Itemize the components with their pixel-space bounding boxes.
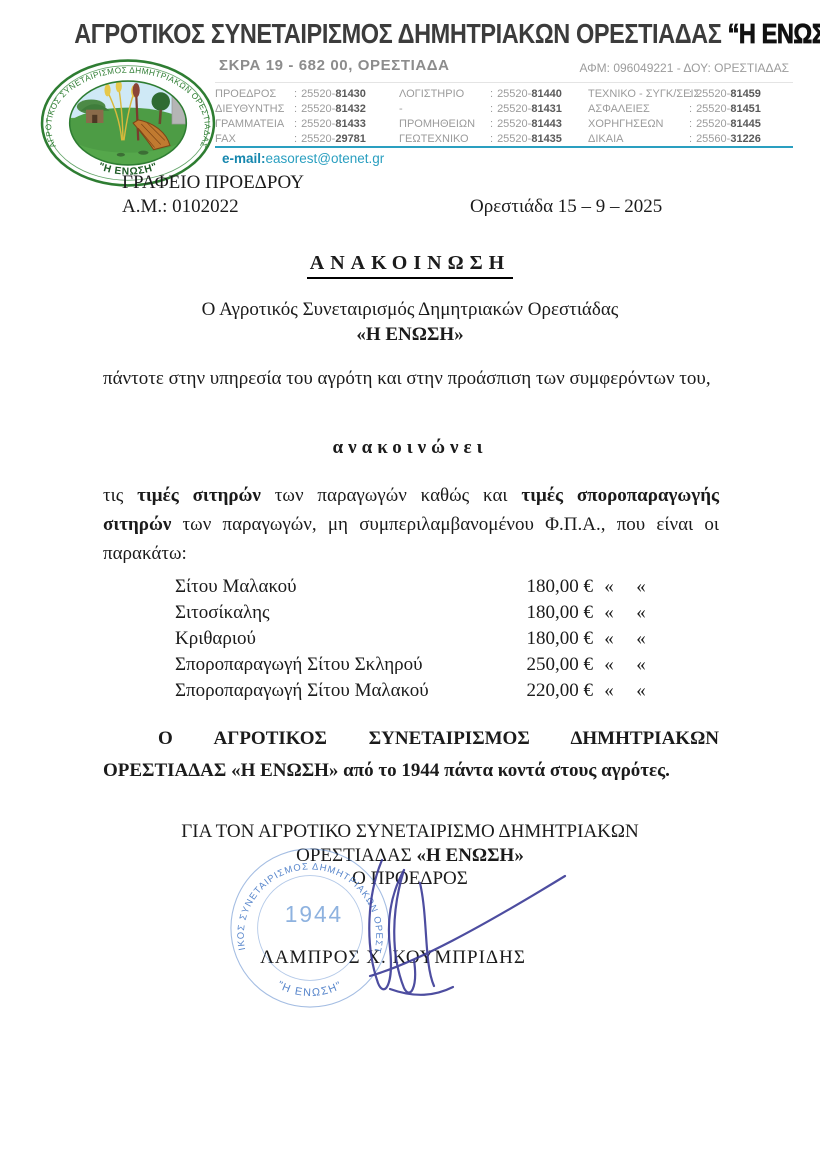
contact-table: ΠΡΟΕΔΡΟΣ:25520-81430 ΔΙΕΥΘΥΝΤΗΣ:25520-81…	[215, 87, 795, 147]
email-label: e-mail:	[222, 151, 266, 166]
price-row: Σποροπαραγωγή Σίτου Σκληρού250,00 €««	[103, 652, 719, 678]
org-title-text: ΑΓΡΟΤΙΚΟΣ ΣΥΝΕΤΑΙΡΙΣΜΟΣ ΔΗΜΗΤΡΙΑΚΩΝ ΟΡΕΣ…	[74, 18, 727, 49]
bold-grain-prices: τιμές σιτηρών	[137, 485, 261, 506]
paragraph-3: Ο ΑΓΡΟΤΙΚΟΣ ΣΥΝΕΤΑΙΡΙΣΜΟΣ ΔΗΜΗΤΡΙΑΚΩΝ ΟΡ…	[103, 723, 719, 787]
contact-column-2: ΛΟΓΙΣΤΗΡΙΟ:25520-81440 -:25520-81431 ΠΡΟ…	[399, 87, 588, 147]
contact-row: -:25520-81431	[399, 102, 588, 117]
paragraph-2: τις τιμές σιτηρών των παραγωγών καθώς κα…	[103, 481, 719, 568]
email-line: e-mail:easorest@otenet.gr	[222, 151, 384, 166]
closing-line-1: ΓΙΑ ΤΟΝ ΑΓΡΟΤΙΚΟ ΣΥΝΕΤΑΙΡΙΣΜΟ ΔΗΜΗΤΡΙΑΚΩ…	[0, 820, 820, 844]
accent-divider	[215, 146, 793, 148]
email-address: easorest@otenet.gr	[266, 151, 385, 166]
registry-number: Α.Μ.: 0102022	[122, 196, 239, 218]
contact-row: ΠΡΟΕΔΡΟΣ:25520-81430	[215, 87, 399, 102]
contact-row: ΠΡΟΜΗΘΕΙΩΝ:25520-81443	[399, 117, 588, 132]
contact-row: ΧΟΡΗΓΗΣΕΩΝ:25520-81445	[588, 117, 795, 132]
contact-row: ΔΙΕΥΘΥΝΤΗΣ:25520-81432	[215, 102, 399, 117]
contact-column-1: ΠΡΟΕΔΡΟΣ:25520-81430 ΔΙΕΥΘΥΝΤΗΣ:25520-81…	[215, 87, 399, 147]
scanned-letter: ΑΓΡΟΤΙΚΟΣ ΣΥΝΕΤΑΙΡΙΣΜΟΣ ΔΗΜΗΤΡΙΑΚΩΝ ΟΡΕΣ…	[0, 0, 820, 1160]
coop-logo: ΑΓΡΟΤΙΚΟΣ ΣΥΝΕΤΑΙΡΙΣΜΟΣ ΔΗΜΗΤΡΙΑΚΩΝ ΟΡΕΣ…	[40, 58, 216, 188]
price-row: Σποροπαραγωγή Σίτου Μαλακού220,00 €««	[103, 678, 719, 704]
intro-line-2: «Η ΕΝΩΣΗ»	[0, 324, 820, 346]
contact-row: ΛΟΓΙΣΤΗΡΙΟ:25520-81440	[399, 87, 588, 102]
contact-row: FAX:25520-29781	[215, 132, 399, 147]
org-title-emphasis: “Η ΕΝΩΣΗ”	[728, 18, 820, 49]
contact-row: ΑΣΦΑΛΕΙΕΣ:25520-81451	[588, 102, 795, 117]
announcement-heading: ΑΝΑΚΟΙΝΩΣΗ	[0, 252, 820, 279]
org-title: ΑΓΡΟΤΙΚΟΣ ΣΥΝΕΤΑΙΡΙΣΜΟΣ ΔΗΜΗΤΡΙΑΚΩΝ ΟΡΕΣ…	[0, 18, 820, 50]
contact-row: ΤΕΧΝΙΚΟ - ΣΥΓΚ/ΣΕΙΣ:25520-81459	[588, 87, 795, 102]
price-row: Σιτοσίκαλης180,00 €««	[103, 600, 719, 626]
date-line: Ορεστιάδα 15 – 9 – 2025	[470, 196, 662, 218]
signature-ink	[320, 848, 570, 1003]
intro-line-1: Ο Αγροτικός Συνεταιρισμός Δημητριακών Ορ…	[0, 299, 820, 321]
header-divider	[215, 82, 793, 83]
office-line: ΓΡΑΦΕΙΟ ΠΡΟΕΔΡΟΥ	[122, 172, 304, 194]
handwritten-signature	[320, 848, 570, 1003]
contact-column-3: ΤΕΧΝΙΚΟ - ΣΥΓΚ/ΣΕΙΣ:25520-81459 ΑΣΦΑΛΕΙΕ…	[588, 87, 795, 147]
coop-logo-emblem: ΑΓΡΟΤΙΚΟΣ ΣΥΝΕΤΑΙΡΙΣΜΟΣ ΔΗΜΗΤΡΙΑΚΩΝ ΟΡΕΣ…	[40, 58, 216, 188]
paragraph-1: πάντοτε στην υπηρεσία του αγρότη και στη…	[103, 364, 719, 394]
contact-row: ΔΙΚΑΙΑ:25560-31226	[588, 132, 795, 147]
contact-row: ΓΕΩΤΕΧΝΙΚΟ:25520-81435	[399, 132, 588, 147]
org-address: ΣΚΡΑ 19 - 682 00, ΟΡΕΣΤΙΑΔΑ	[219, 57, 450, 74]
price-list: Σίτου Μαλακού180,00 €«« Σιτοσίκαλης180,0…	[103, 574, 719, 704]
price-row: Κριθαριού180,00 €««	[103, 626, 719, 652]
contact-row: ΓΡΑΜΜΑΤΕΙΑ:25520-81433	[215, 117, 399, 132]
announce-word: ανακοινώνει	[0, 437, 820, 459]
price-row: Σίτου Μαλακού180,00 €««	[103, 574, 719, 600]
tax-info: ΑΦΜ: 096049221 - ΔΟΥ: ΟΡΕΣΤΙΑΔΑΣ	[579, 61, 789, 75]
